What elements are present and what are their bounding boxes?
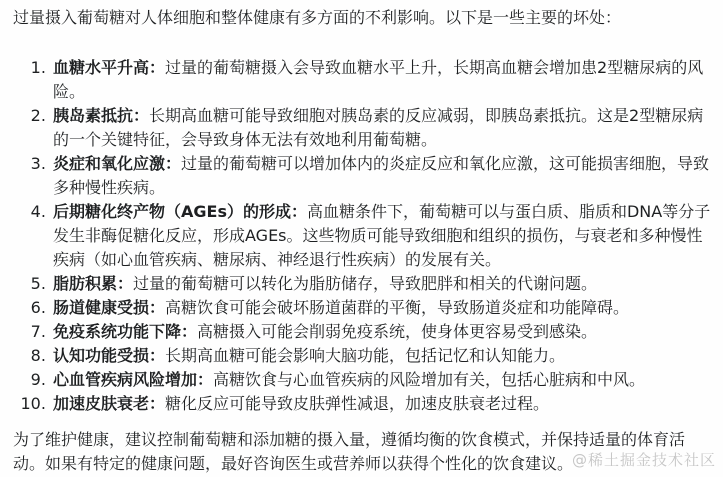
harm-list: 血糖水平升高：过量的葡萄糖摄入会导致血糖水平上升，长期高血糖会增加患2型糖尿病的… (13, 56, 711, 416)
list-item: 胰岛素抵抗：长期高血糖可能导致细胞对胰岛素的反应减弱，即胰岛素抵抗。这是2型糖尿… (51, 104, 711, 152)
item-title: 胰岛素抵抗： (53, 106, 149, 125)
list-item: 肠道健康受损：高糖饮食可能会破坏肠道菌群的平衡，导致肠道炎症和功能障碍。 (51, 296, 711, 320)
list-item: 心血管疾病风险增加：高糖饮食与心血管疾病的风险增加有关，包括心脏病和中风。 (51, 368, 711, 392)
item-text: 过量的葡萄糖可以转化为脂肪储存，导致肥胖和相关的代谢问题。 (133, 274, 597, 293)
item-text: 高糖饮食与心血管疾病的风险增加有关，包括心脏病和中风。 (213, 370, 645, 389)
item-title: 血糖水平升高： (53, 58, 165, 77)
intro-paragraph: 过量摄入葡萄糖对人体细胞和整体健康有多方面的不利影响。以下是一些主要的坏处： (13, 6, 711, 30)
list-item: 炎症和氧化应激：过量的葡萄糖可以增加体内的炎症反应和氧化应激，这可能损害细胞，导… (51, 152, 711, 200)
item-text: 长期高血糖可能导致细胞对胰岛素的反应减弱，即胰岛素抵抗。这是2型糖尿病的一个关键… (53, 106, 703, 149)
item-text: 高糖摄入可能会削弱免疫系统，使身体更容易受到感染。 (197, 322, 597, 341)
conclusion-paragraph: 为了维护健康，建议控制葡萄糖和添加糖的摄入量，遵循均衡的饮食模式，并保持适量的体… (13, 428, 711, 476)
list-item: 后期糖化终产物（AGEs）的形成：高血糖条件下，葡萄糖可以与蛋白质、脂质和DNA… (51, 200, 711, 272)
item-title: 加速皮肤衰老： (53, 394, 165, 413)
item-text: 糖化反应可能导致皮肤弹性减退，加速皮肤衰老过程。 (165, 394, 549, 413)
list-item: 免疫系统功能下降：高糖摄入可能会削弱免疫系统，使身体更容易受到感染。 (51, 320, 711, 344)
item-title: 脂肪积累： (53, 274, 133, 293)
list-item: 脂肪积累：过量的葡萄糖可以转化为脂肪储存，导致肥胖和相关的代谢问题。 (51, 272, 711, 296)
list-item: 加速皮肤衰老：糖化反应可能导致皮肤弹性减退，加速皮肤衰老过程。 (51, 392, 711, 416)
item-text: 长期高血糖可能会影响大脑功能，包括记忆和认知能力。 (165, 346, 565, 365)
item-title: 免疫系统功能下降： (53, 322, 197, 341)
list-item: 血糖水平升高：过量的葡萄糖摄入会导致血糖水平上升，长期高血糖会增加患2型糖尿病的… (51, 56, 711, 104)
item-title: 认知功能受损： (53, 346, 165, 365)
item-title: 肠道健康受损： (53, 298, 165, 317)
list-item: 认知功能受损：长期高血糖可能会影响大脑功能，包括记忆和认知能力。 (51, 344, 711, 368)
item-title: 后期糖化终产物（AGEs）的形成： (53, 202, 307, 221)
article-page: 过量摄入葡萄糖对人体细胞和整体健康有多方面的不利影响。以下是一些主要的坏处： 血… (0, 0, 723, 476)
item-text: 高糖饮食可能会破坏肠道菌群的平衡，导致肠道炎症和功能障碍。 (165, 298, 629, 317)
item-title: 炎症和氧化应激： (53, 154, 181, 173)
item-title: 心血管疾病风险增加： (53, 370, 213, 389)
